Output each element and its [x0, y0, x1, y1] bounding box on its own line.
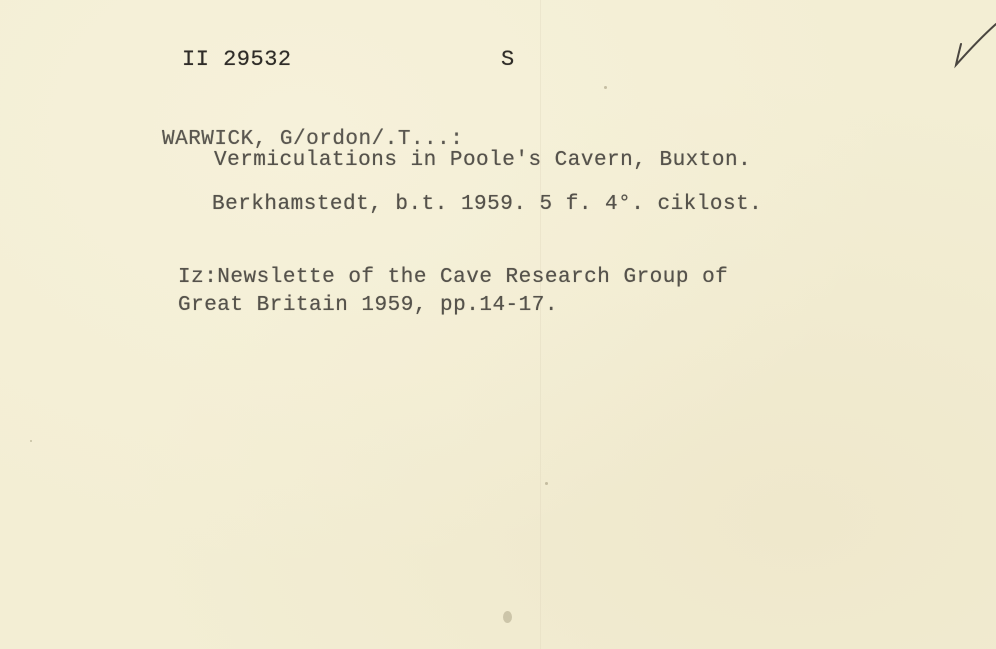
call-number: II 29532	[182, 47, 292, 72]
author-heading: WARWICK, G/ordon/.T...:	[162, 128, 463, 151]
catalog-card: II 29532 S WARWICK, G/ordon/.T...: Vermi…	[0, 0, 996, 649]
imprint-line: Berkhamstedt, b.t. 1959. 5 f. 4°. ciklos…	[212, 193, 762, 216]
paper-fold-line	[540, 0, 541, 649]
paper-speck	[545, 482, 548, 485]
source-note-line-2: Great Britain 1959, pp.14-17.	[178, 294, 558, 317]
paper-speck	[30, 440, 32, 442]
paper-stain	[503, 611, 512, 623]
collection-mark: S	[501, 47, 515, 72]
title-line: Vermiculations in Poole's Cavern, Buxton…	[214, 149, 751, 172]
checkmark-icon	[950, 20, 996, 70]
source-note-line-1: Iz:Newslette of the Cave Research Group …	[178, 266, 728, 289]
paper-speck	[604, 86, 607, 89]
